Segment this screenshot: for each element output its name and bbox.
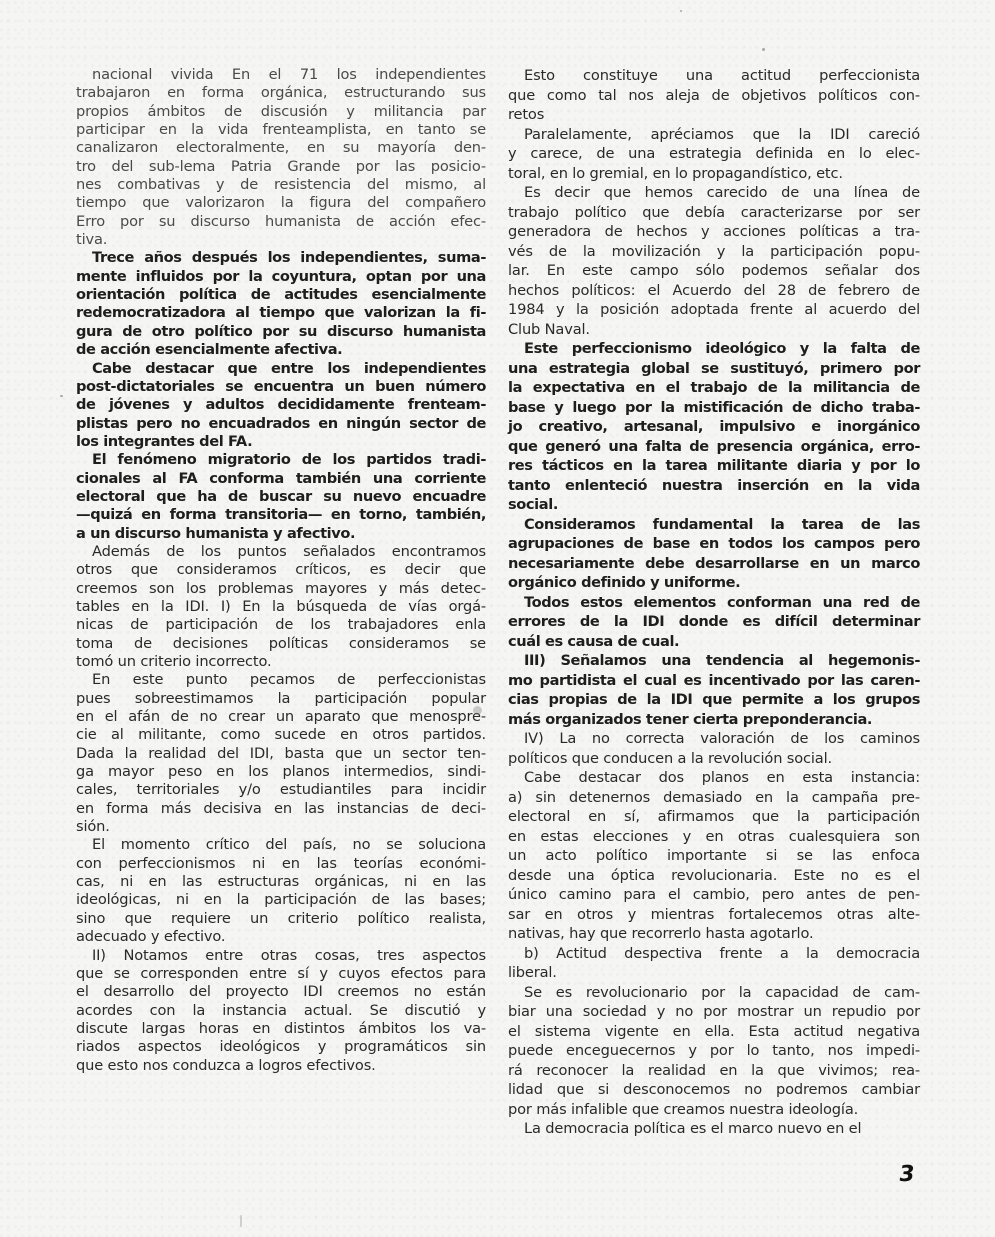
page-number: 3 — [897, 1162, 916, 1187]
text-line: Cabe destacar dos planos en esta instanc… — [508, 768, 920, 788]
paragraph: Se es revolucionario por la capacidad de… — [508, 983, 920, 1120]
text-line: hechos políticos: el Acuerdo del 28 de f… — [508, 281, 920, 301]
text-line: errores de la IDI donde es difícil deter… — [508, 612, 920, 632]
text-line: nes combativas y de resistencia del mism… — [76, 176, 486, 194]
text-line: políticos que conducen a la revolución s… — [508, 749, 920, 769]
text-line: y carece, de una estrategia definida en … — [508, 144, 920, 164]
text-line: plistas pero no encuadrados en ningún se… — [76, 415, 486, 433]
text-line: nicas de participación de los trabajador… — [76, 616, 486, 634]
right-column: Esto constituye una actitud perfeccionis… — [508, 66, 920, 1139]
text-line: nacional vivida En el 71 los independien… — [76, 66, 486, 84]
text-line: en estas elecciones y en otras cualesqui… — [508, 827, 920, 847]
text-line: II) Notamos entre otras cosas, tres aspe… — [76, 947, 486, 965]
paragraph: Además de los puntos señalados encontram… — [76, 543, 486, 671]
text-line: Cabe destacar que entre los independient… — [76, 360, 486, 378]
text-line: Consideramos fundamental la tarea de las — [508, 515, 920, 535]
text-line: jo creativo, artesanal, impulsivo e inor… — [508, 417, 920, 437]
paragraph: Paralelamente, apréciamos que la IDI car… — [508, 125, 920, 184]
text-line: trabajo político que debía caracterizars… — [508, 203, 920, 223]
paragraph: II) Notamos entre otras cosas, tres aspe… — [76, 947, 486, 1075]
text-line: nativas, hay que recorrerlo hasta agotar… — [508, 924, 920, 944]
paragraph: La democracia política es el marco nuevo… — [508, 1119, 920, 1139]
text-line: mente influidos por la coyuntura, optan … — [76, 268, 486, 286]
scan-speck — [60, 395, 63, 397]
text-line: retos — [508, 105, 920, 125]
text-line: biar una sociedad y no por mostrar un re… — [508, 1002, 920, 1022]
text-line: sión. — [76, 818, 486, 836]
text-line: adecuado y efectivo. — [76, 928, 486, 946]
text-line: por más infalible que creamos nuestra id… — [508, 1100, 920, 1120]
paragraph: III) Señalamos una tendencia al hegemoni… — [508, 651, 920, 729]
text-line: en forma más decisiva en las instancias … — [76, 800, 486, 818]
text-line: otros que consideramos críticos, es deci… — [76, 561, 486, 579]
text-line: Trece años después los independientes, s… — [76, 249, 486, 267]
paragraph: Es decir que hemos carecido de una línea… — [508, 183, 920, 339]
text-line: Además de los puntos señalados encontram… — [76, 543, 486, 561]
text-line: el sistema vigente en ella. Esta actitud… — [508, 1022, 920, 1042]
text-line: pues sobreestimamos la participación pop… — [76, 690, 486, 708]
text-line: cuál es causa de cual. — [508, 632, 920, 652]
text-line: post-dictatoriales se encuentra un buen … — [76, 378, 486, 396]
text-line: sino que requiere un criterio político r… — [76, 910, 486, 928]
text-line: los integrantes del FA. — [76, 433, 486, 451]
paragraph: Este perfeccionismo ideológico y la falt… — [508, 339, 920, 515]
paragraph: Esto constituye una actitud perfeccionis… — [508, 66, 920, 125]
paragraph: Cabe destacar que entre los independient… — [76, 360, 486, 452]
text-line: ga mayor peso en los planos intermedios,… — [76, 763, 486, 781]
text-line: discute largas horas en distintos ámbito… — [76, 1020, 486, 1038]
paragraph: Todos estos elementos conforman una red … — [508, 593, 920, 652]
text-line: tables en la IDI. I) En la búsqueda de v… — [76, 598, 486, 616]
text-line: puede enceguecernos y por lo tanto, nos … — [508, 1041, 920, 1061]
text-line: cias propias de la IDI que permite a los… — [508, 690, 920, 710]
text-line: Club Naval. — [508, 320, 920, 340]
text-line: generadora de hechos y acciones política… — [508, 222, 920, 242]
text-line: tro del sub-lema Patria Grande por las p… — [76, 158, 486, 176]
text-line: agrupaciones de base en todos los campos… — [508, 534, 920, 554]
text-line: El fenómeno migratorio de los partidos t… — [76, 451, 486, 469]
text-line: cionales al FA conforma también una corr… — [76, 470, 486, 488]
text-line: Paralelamente, apréciamos que la IDI car… — [508, 125, 920, 145]
text-line: social. — [508, 495, 920, 515]
scan-speck — [240, 1215, 242, 1227]
text-line: liberal. — [508, 963, 920, 983]
text-line: 1984 y la posición adoptada frente al ac… — [508, 300, 920, 320]
text-line: La democracia política es el marco nuevo… — [508, 1119, 920, 1139]
text-line: desde una óptica revolucionaria. Este no… — [508, 866, 920, 886]
text-line: redemocratizadora al tiempo que valoriza… — [76, 304, 486, 322]
text-line: cales, territoriales y/o estudiantiles p… — [76, 781, 486, 799]
paragraph: Consideramos fundamental la tarea de las… — [508, 515, 920, 593]
text-line: necesariamente debe desarrollarse en un … — [508, 554, 920, 574]
text-line: tanto enlenteció nuestra inserción en la… — [508, 476, 920, 496]
text-line: cie al militante, como sucede en otros p… — [76, 726, 486, 744]
text-line: Se es revolucionario por la capacidad de… — [508, 983, 920, 1003]
text-line: Erro por su discurso humanista de acción… — [76, 213, 486, 231]
text-line: mo partidista el cual es incentivado por… — [508, 671, 920, 691]
text-line: de jóvenes y adultos decididamente frent… — [76, 396, 486, 414]
text-line: res tácticos en la tarea militante diari… — [508, 456, 920, 476]
text-line: riados aspectos ideológicos y programáti… — [76, 1038, 486, 1056]
text-line: tomó un criterio incorrecto. — [76, 653, 486, 671]
text-line: tiempo que valorizaron la figura del com… — [76, 194, 486, 212]
text-line: III) Señalamos una tendencia al hegemoni… — [508, 651, 920, 671]
text-line: IV) La no correcta valoración de los cam… — [508, 729, 920, 749]
text-line: electoral en sí, afirmamos que la partic… — [508, 807, 920, 827]
text-line: —quizá en forma transitoria— en torno, t… — [76, 506, 486, 524]
text-line: propios ámbitos de discusión y militanci… — [76, 103, 486, 121]
text-line: una estrategia global se sustituyó, prim… — [508, 359, 920, 379]
text-line: la expectativa en el trabajo de la milit… — [508, 378, 920, 398]
text-line: vés de la movilización y la participació… — [508, 242, 920, 262]
text-line: el desarrollo del proyecto IDI creemos n… — [76, 983, 486, 1001]
text-line: un acto político importante si se las en… — [508, 846, 920, 866]
text-line: El momento crítico del país, no se soluc… — [76, 836, 486, 854]
text-line: toma de decisiones políticas consideramo… — [76, 635, 486, 653]
text-line: Es decir que hemos carecido de una línea… — [508, 183, 920, 203]
text-line: a) sin detenernos demasiado en la campañ… — [508, 788, 920, 808]
paragraph: Cabe destacar dos planos en esta instanc… — [508, 768, 920, 944]
text-line: Esto constituye una actitud perfeccionis… — [508, 66, 920, 86]
text-line: único camino para el cambio, pero antes … — [508, 885, 920, 905]
text-line: acordes con la instancia actual. Se disc… — [76, 1002, 486, 1020]
text-line: toral, en lo gremial, en lo propagandíst… — [508, 164, 920, 184]
paragraph: Trece años después los independientes, s… — [76, 249, 486, 359]
text-line: tiva. — [76, 231, 486, 249]
text-line: más organizados tener cierta preponderan… — [508, 710, 920, 730]
paragraph: IV) La no correcta valoración de los cam… — [508, 729, 920, 768]
text-line: a un discurso humanista y afectivo. — [76, 525, 486, 543]
paragraph: En este punto pecamos de perfeccionistas… — [76, 671, 486, 836]
text-line: con perfeccionismos ni en las teorías ec… — [76, 855, 486, 873]
text-line: orgánico definido y uniforme. — [508, 573, 920, 593]
text-line: lidad que si desconocemos no podremos ca… — [508, 1080, 920, 1100]
text-line: participar en la vida frenteamplista, en… — [76, 121, 486, 139]
text-line: en el afán de no crear un aparato que me… — [76, 708, 486, 726]
text-line: Dada la realidad del IDI, basta que un s… — [76, 745, 486, 763]
text-line: que se corresponden entre sí y cuyos efe… — [76, 965, 486, 983]
scan-speck — [473, 706, 482, 715]
text-line: electoral que ha de buscar su nuevo encu… — [76, 488, 486, 506]
text-line: b) Actitud despectiva frente a la democr… — [508, 944, 920, 964]
paragraph: El fenómeno migratorio de los partidos t… — [76, 451, 486, 543]
text-line: Este perfeccionismo ideológico y la falt… — [508, 339, 920, 359]
text-line: Todos estos elementos conforman una red … — [508, 593, 920, 613]
text-line: base y luego por la mistificación de dic… — [508, 398, 920, 418]
text-line: En este punto pecamos de perfeccionistas — [76, 671, 486, 689]
paragraph: b) Actitud despectiva frente a la democr… — [508, 944, 920, 983]
text-line: orientación política de actitudes esenci… — [76, 286, 486, 304]
text-line: de acción esencialmente afectiva. — [76, 341, 486, 359]
text-line: canalizaron electoralmente, en su mayorí… — [76, 139, 486, 157]
paragraph: nacional vivida En el 71 los independien… — [76, 66, 486, 249]
text-line: ideológicas, ni en la participación de l… — [76, 891, 486, 909]
scanned-page: nacional vivida En el 71 los independien… — [0, 0, 995, 1237]
text-line: que esto nos conduzca a logros efectivos… — [76, 1057, 486, 1075]
text-line: cas, ni en las estructuras orgánicas, ni… — [76, 873, 486, 891]
paragraph: El momento crítico del país, no se soluc… — [76, 836, 486, 946]
text-line: sar en otros y mientras fortalecemos otr… — [508, 905, 920, 925]
text-line: trabajaron en forma orgánica, estructura… — [76, 84, 486, 102]
text-line: rá reconocer la realidad en la que vivim… — [508, 1061, 920, 1081]
text-line: gura de otro político por su discurso hu… — [76, 323, 486, 341]
text-line: que como tal nos aleja de objetivos polí… — [508, 86, 920, 106]
text-line: lar. En este campo sólo podemos señalar … — [508, 261, 920, 281]
text-line: que generó una falta de presencia orgáni… — [508, 437, 920, 457]
text-line: creemos son los problemas mayores y más … — [76, 580, 486, 598]
scan-speck — [680, 10, 682, 12]
scan-speck — [762, 48, 765, 51]
left-column: nacional vivida En el 71 los independien… — [76, 66, 486, 1075]
